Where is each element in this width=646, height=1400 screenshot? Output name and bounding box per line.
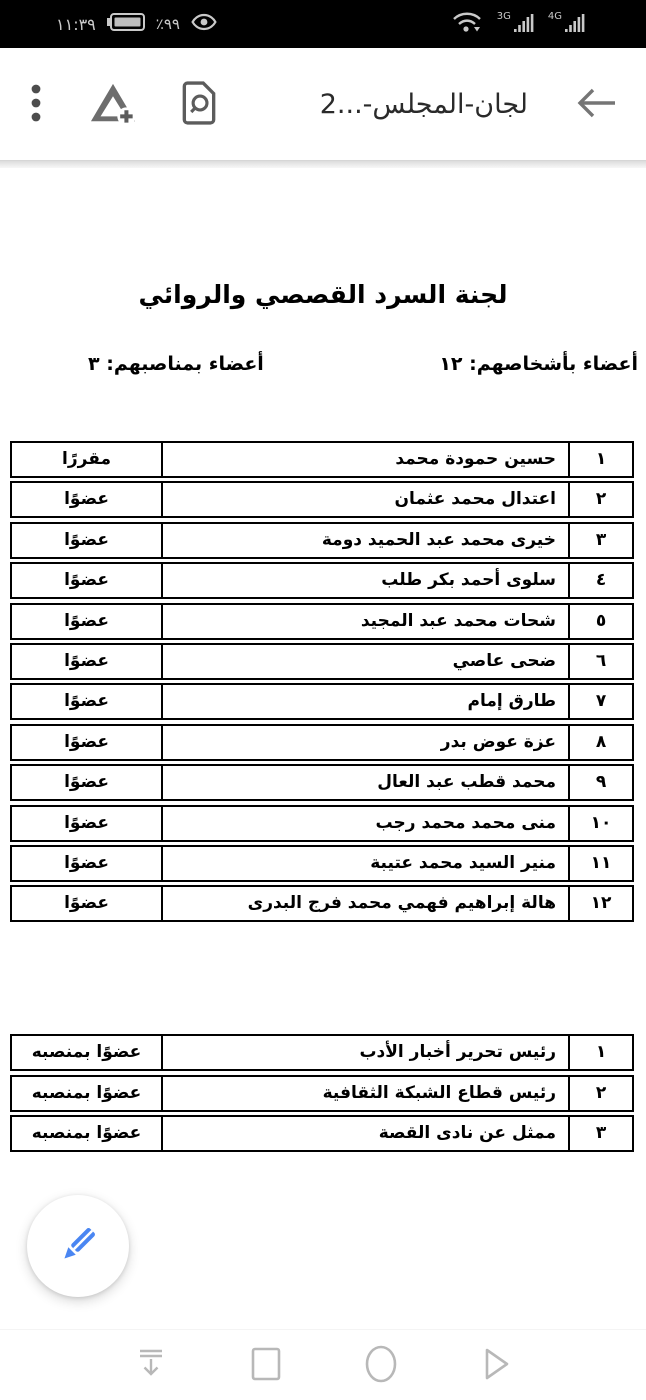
battery-percent: ٪٩٩ bbox=[156, 15, 180, 33]
member-name: عزة عوض بدر bbox=[161, 724, 570, 761]
row-number: ١٠ bbox=[568, 805, 634, 842]
row-number: ٤ bbox=[568, 562, 634, 599]
sim2-signal: 4G bbox=[548, 11, 586, 37]
hide-navbar-icon bbox=[133, 1346, 169, 1385]
home-button[interactable] bbox=[363, 1345, 399, 1386]
drive-add-icon bbox=[90, 80, 136, 129]
position-name: رئيس قطاع الشبكة الثقافية bbox=[161, 1075, 570, 1112]
search-in-document-button[interactable] bbox=[180, 81, 218, 128]
row-number: ٥ bbox=[568, 603, 634, 640]
table-row: ١١ منير السيد محمد عتيبة عضوًا bbox=[10, 845, 634, 882]
back-arrow-icon bbox=[574, 86, 618, 123]
table-row: ٤ سلوى أحمد بكر طلب عضوًا bbox=[10, 562, 634, 599]
phone-screen: ١١:٣٩ ٪٩٩ bbox=[0, 0, 646, 1400]
recents-button[interactable] bbox=[248, 1346, 284, 1385]
table-row: ٦ ضحى عاصي عضوًا bbox=[10, 643, 634, 680]
member-name: منير السيد محمد عتيبة bbox=[161, 845, 570, 882]
wifi-icon bbox=[450, 9, 484, 37]
row-number: ١٢ bbox=[568, 885, 634, 922]
position-role: عضوًا بمنصبه bbox=[10, 1075, 163, 1112]
row-number: ١ bbox=[568, 1034, 634, 1071]
signal-bars-icon bbox=[513, 11, 535, 37]
row-number: ٢ bbox=[568, 1075, 634, 1112]
row-number: ٣ bbox=[568, 1115, 634, 1152]
member-name: منى محمد محمد رجب bbox=[161, 805, 570, 842]
status-bar: ١١:٣٩ ٪٩٩ bbox=[0, 0, 646, 48]
row-number: ١١ bbox=[568, 845, 634, 882]
edit-fab[interactable] bbox=[27, 1195, 129, 1297]
document-page: لجنة السرد القصصي والروائي أعضاء بأشخاصه… bbox=[0, 168, 646, 1330]
member-name: خيرى محمد عبد الحميد دومة bbox=[161, 522, 570, 559]
member-role: عضوًا bbox=[10, 805, 163, 842]
member-role: عضوًا bbox=[10, 603, 163, 640]
member-name: شحات محمد عبد المجيد bbox=[161, 603, 570, 640]
row-number: ٣ bbox=[568, 522, 634, 559]
members-in-person-count: أعضاء بأشخاصهم: ١٢ bbox=[439, 353, 638, 375]
row-number: ٩ bbox=[568, 764, 634, 801]
table-row: ٣ خيرى محمد عبد الحميد دومة عضوًا bbox=[10, 522, 634, 559]
member-name: حسين حمودة محمد bbox=[161, 441, 570, 478]
member-role: عضوًا bbox=[10, 885, 163, 922]
row-number: ٢ bbox=[568, 481, 634, 518]
table-row: ٩ محمد قطب عبد العال عضوًا bbox=[10, 764, 634, 801]
row-number: ٦ bbox=[568, 643, 634, 680]
hide-navbar-button[interactable] bbox=[133, 1346, 169, 1385]
member-role: عضوًا bbox=[10, 764, 163, 801]
overflow-menu-button[interactable] bbox=[28, 83, 44, 126]
back-nav-button[interactable] bbox=[478, 1346, 514, 1385]
pencil-icon bbox=[55, 1222, 101, 1271]
member-name: طارق إمام bbox=[161, 683, 570, 720]
eye-comfort-icon bbox=[190, 11, 218, 37]
table-row: ٣ ممثل عن نادى القصة عضوًا بمنصبه bbox=[10, 1115, 634, 1152]
position-name: ممثل عن نادى القصة bbox=[161, 1115, 570, 1152]
member-role: عضوًا bbox=[10, 522, 163, 559]
system-nav-bar bbox=[0, 1329, 646, 1400]
home-circle-icon bbox=[363, 1345, 399, 1386]
table-row: ١ حسين حمودة محمد مقررًا bbox=[10, 441, 634, 478]
committee-title: لجنة السرد القصصي والروائي bbox=[0, 280, 646, 309]
position-name: رئيس تحرير أخبار الأدب bbox=[161, 1034, 570, 1071]
member-name: ضحى عاصي bbox=[161, 643, 570, 680]
add-to-drive-button[interactable] bbox=[90, 80, 136, 129]
member-name: هالة إبراهيم فهمي محمد فرج البدرى bbox=[161, 885, 570, 922]
recents-square-icon bbox=[248, 1346, 284, 1385]
signal-bars-icon bbox=[564, 11, 586, 37]
app-bar: لجان-المجلس-...2 bbox=[0, 48, 646, 160]
row-number: ٧ bbox=[568, 683, 634, 720]
back-triangle-icon bbox=[478, 1346, 514, 1385]
find-in-page-icon bbox=[180, 81, 218, 128]
table-row: ٨ عزة عوض بدر عضوًا bbox=[10, 724, 634, 761]
battery-icon bbox=[106, 12, 146, 36]
table-row: ٢ رئيس قطاع الشبكة الثقافية عضوًا بمنصبه bbox=[10, 1075, 634, 1112]
member-name: محمد قطب عبد العال bbox=[161, 764, 570, 801]
row-number: ١ bbox=[568, 441, 634, 478]
member-name: اعتدال محمد عثمان bbox=[161, 481, 570, 518]
sim1-signal: 3G bbox=[497, 11, 535, 37]
clock: ١١:٣٩ bbox=[56, 15, 96, 34]
table-row: ٧ طارق إمام عضوًا bbox=[10, 683, 634, 720]
table-row: ٢ اعتدال محمد عثمان عضوًا bbox=[10, 481, 634, 518]
back-button[interactable] bbox=[574, 86, 618, 123]
member-counts-row: أعضاء بأشخاصهم: ١٢ أعضاء بمناصبهم: ٣ bbox=[0, 353, 646, 375]
member-role: عضوًا bbox=[10, 643, 163, 680]
member-role: عضوًا bbox=[10, 481, 163, 518]
member-role: عضوًا bbox=[10, 845, 163, 882]
members-table: ١ حسين حمودة محمد مقررًا ٢ اعتدال محمد ع… bbox=[10, 441, 634, 922]
position-role: عضوًا بمنصبه bbox=[10, 1115, 163, 1152]
member-role: عضوًا bbox=[10, 562, 163, 599]
positions-table: ١ رئيس تحرير أخبار الأدب عضوًا بمنصبه ٢ … bbox=[10, 1034, 634, 1152]
member-role: مقررًا bbox=[10, 441, 163, 478]
members-by-position-count: أعضاء بمناصبهم: ٣ bbox=[88, 353, 264, 375]
member-role: عضوًا bbox=[10, 724, 163, 761]
row-number: ٨ bbox=[568, 724, 634, 761]
table-row: ١٠ منى محمد محمد رجب عضوًا bbox=[10, 805, 634, 842]
sim2-network-type: 4G bbox=[548, 12, 562, 22]
status-right-group: 3G 4G bbox=[450, 11, 586, 37]
sim1-network-type: 3G bbox=[497, 12, 511, 22]
status-left-group: ١١:٣٩ ٪٩٩ bbox=[56, 11, 218, 37]
position-role: عضوًا بمنصبه bbox=[10, 1034, 163, 1071]
file-title: لجان-المجلس-...2 bbox=[320, 89, 528, 120]
member-role: عضوًا bbox=[10, 683, 163, 720]
member-name: سلوى أحمد بكر طلب bbox=[161, 562, 570, 599]
table-row: ١٢ هالة إبراهيم فهمي محمد فرج البدرى عضو… bbox=[10, 885, 634, 922]
overflow-menu-icon bbox=[28, 83, 44, 126]
table-row: ٥ شحات محمد عبد المجيد عضوًا bbox=[10, 603, 634, 640]
table-row: ١ رئيس تحرير أخبار الأدب عضوًا بمنصبه bbox=[10, 1034, 634, 1071]
